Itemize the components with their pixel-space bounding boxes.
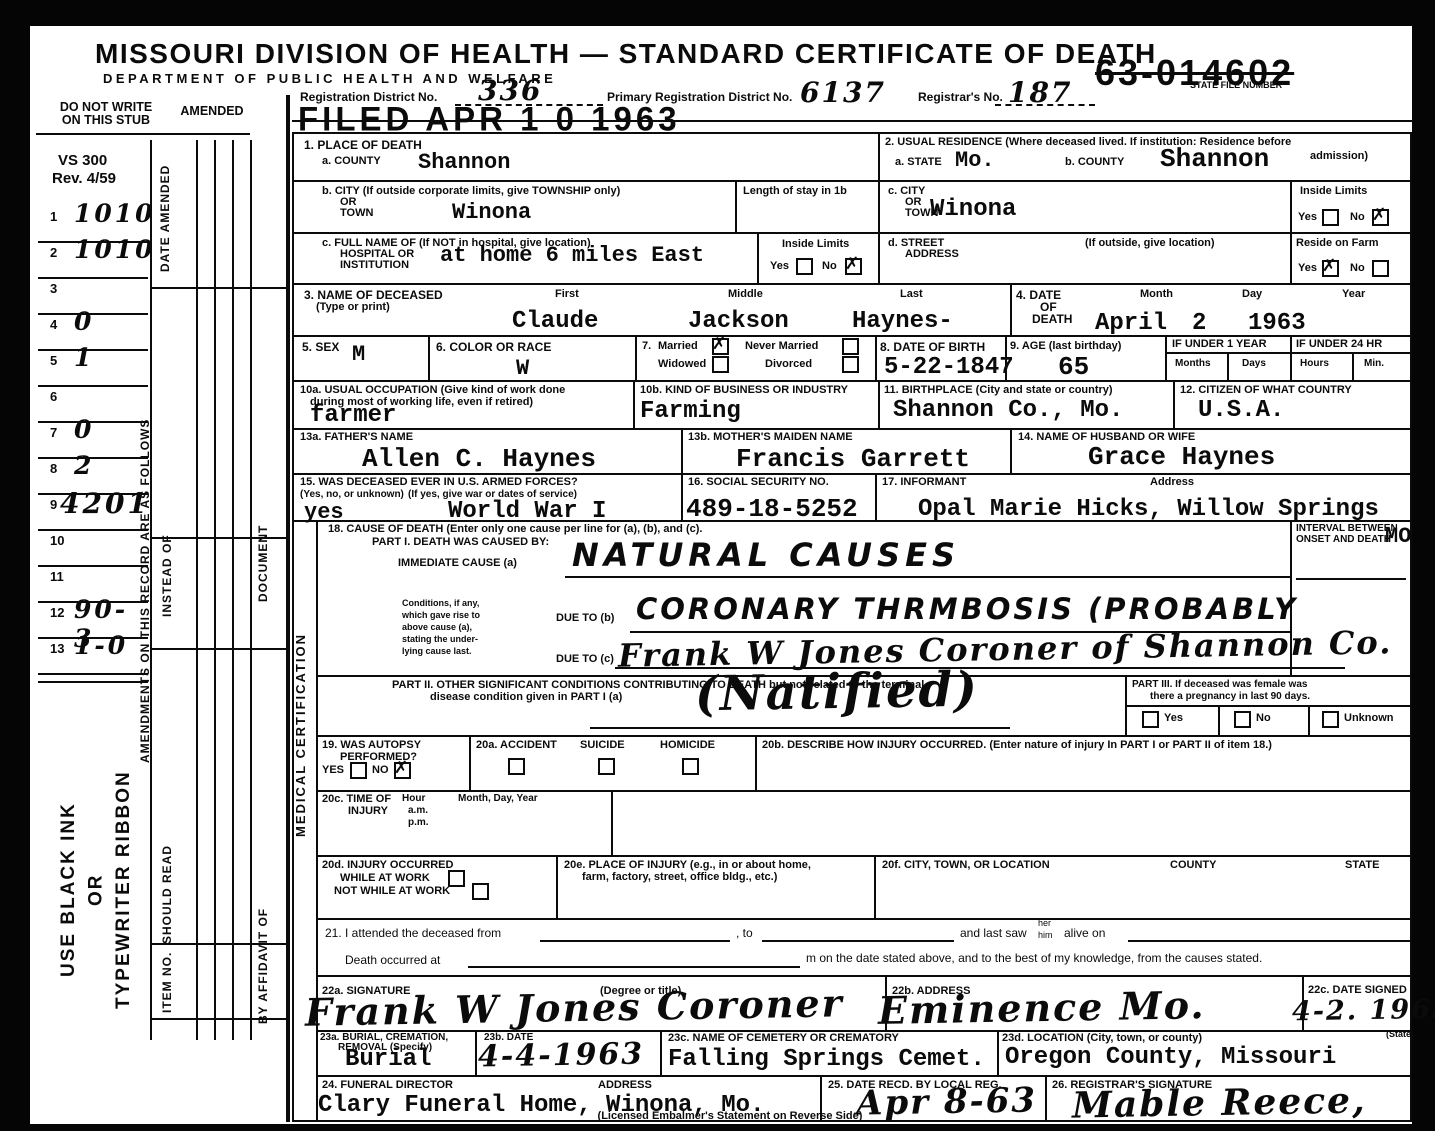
stub-row-num: 8 [50, 461, 57, 476]
s15-value1: yes [304, 500, 344, 525]
s18-part3-label: PART III. If deceased was female was [1132, 679, 1307, 690]
s21-text1: 21. I attended the deceased from [325, 926, 501, 940]
stub-row-value: 1-0 [74, 631, 128, 660]
rule [635, 335, 637, 380]
s21-her: her [1038, 918, 1051, 928]
stub-row: 94201 [38, 493, 148, 531]
s2-farm-label: Reside on Farm [1296, 237, 1379, 249]
stub-row-value: 0 [74, 415, 94, 444]
s2-il-yes-label: Yes [1298, 211, 1317, 223]
s9b-hours-label: Hours [1300, 358, 1329, 369]
s1-title: 1. PLACE OF DEATH [304, 138, 422, 152]
s21-him: him [1038, 930, 1053, 940]
s17-label: 17. INFORMANT [882, 476, 966, 488]
rule [196, 140, 198, 1040]
s3-first-header: First [555, 288, 579, 300]
rule [681, 428, 683, 473]
rule [292, 335, 1412, 337]
stub-row-num: 5 [50, 353, 57, 368]
s3-title: 3. NAME OF DECEASED [304, 288, 443, 302]
s1-no-checkbox: ✗ [845, 258, 862, 275]
checkbox-mark: ✗ [1372, 205, 1386, 225]
rule [469, 735, 471, 790]
rule [1165, 335, 1167, 380]
use-black-ink-note: USE BLACK INK OR TYPEWRITER RIBBON [55, 765, 138, 1015]
s2a-value: Mo. [955, 148, 995, 173]
stub-item-no-label: ITEM NO. [160, 948, 174, 1016]
s18-label: 18. CAUSE OF DEATH (Enter only one cause… [328, 523, 702, 535]
s18-conditions-line5: lying cause last. [402, 646, 472, 656]
s18-interval-label2: ONSET AND DEATH [1296, 534, 1391, 545]
rule [762, 940, 954, 942]
s1-no-label: No [822, 260, 837, 272]
rule [556, 855, 558, 918]
stub-amended-label: AMENDED [172, 104, 252, 118]
s21-text6: m on the date stated above, and to the b… [806, 951, 1262, 965]
rule [660, 1030, 662, 1075]
s2b-label: b. COUNTY [1065, 156, 1124, 168]
s1-inside-limits-label: Inside Limits [782, 238, 849, 250]
rule [292, 232, 878, 234]
s4-year-header: Year [1342, 288, 1365, 300]
s2-farm-yes-checkbox: ✗ [1322, 260, 1339, 277]
stub-row: 131-0 [38, 637, 148, 675]
rule [878, 180, 1412, 182]
checkbox-mark: ✗ [845, 254, 859, 274]
rule [475, 1030, 477, 1075]
s16-value: 489-18-5252 [686, 494, 858, 524]
rule [1296, 578, 1406, 580]
s20e-label2: farm, factory, street, office bldg., etc… [582, 871, 777, 883]
rule [565, 576, 1290, 578]
s19-label: 19. WAS AUTOPSY [322, 739, 421, 751]
s20d-while-checkbox [448, 870, 465, 887]
stub-row-num: 10 [50, 533, 64, 548]
s7-widowed-checkbox [712, 356, 729, 373]
rule [1173, 380, 1175, 428]
rule [995, 104, 1095, 106]
rule [875, 473, 877, 520]
s10a-label: 10a. USUAL OCCUPATION (Give kind of work… [300, 384, 565, 396]
rule [316, 975, 1412, 977]
death-certificate-scan: MISSOURI DIVISION OF HEALTH — STANDARD C… [0, 0, 1435, 1131]
s2-il-yes-checkbox [1322, 209, 1339, 226]
s18-immediate-cause-label: IMMEDIATE CAUSE (a) [398, 557, 517, 569]
s7-divorced-label: Divorced [765, 358, 812, 370]
stub-row-num: 12 [50, 605, 64, 620]
rule [681, 473, 683, 520]
s20f-state-header: STATE [1345, 859, 1379, 871]
rule [757, 232, 759, 283]
rule [316, 918, 1412, 920]
stub-instead-of-label: INSTEAD OF [160, 515, 174, 637]
s3-middle-header: Middle [728, 288, 763, 300]
s1b-label: b. CITY (If outside corporate limits, gi… [322, 185, 620, 197]
stub-row-num: 1 [50, 209, 57, 224]
s3-last-header: Last [900, 288, 923, 300]
s18-part2-value: (Natified) [695, 662, 980, 723]
s18-p3-no-label: No [1256, 712, 1271, 724]
stub-document-label: DOCUMENT [256, 518, 270, 608]
stub-row-value: 2 [74, 451, 94, 480]
s7-never-married-checkbox [842, 338, 859, 355]
s7-married-checkbox: ✗ [712, 338, 729, 355]
s18-part2-label2: disease condition given in PART I (a) [430, 691, 622, 703]
stub-row-num: 3 [50, 281, 57, 296]
s18-cause-a-value: NATURAL CAUSES [572, 536, 960, 574]
s5-label: 5. SEX [302, 340, 339, 354]
s20a-suicide-label: SUICIDE [580, 739, 625, 751]
s20a-suicide-checkbox [598, 758, 615, 775]
s4-month-header: Month [1140, 288, 1173, 300]
stub-row: 10 [38, 529, 148, 567]
s11-label: 11. BIRTHPLACE (City and state or countr… [884, 384, 1113, 396]
rule [316, 855, 1412, 857]
s18-p3-no-checkbox [1234, 711, 1251, 728]
s20f-county-header: COUNTY [1170, 859, 1216, 871]
s18-conditions-line4: stating the under- [402, 634, 478, 644]
rule [1010, 428, 1012, 473]
s2-il-no-checkbox: ✗ [1372, 209, 1389, 226]
rule [1165, 352, 1412, 354]
s18-interval-label1: INTERVAL BETWEEN [1296, 523, 1398, 534]
s20c-hour-label: Hour [402, 793, 425, 804]
s1c-label3: INSTITUTION [340, 259, 409, 271]
page-title: MISSOURI DIVISION OF HEALTH — STANDARD C… [95, 38, 995, 70]
s1c-value: at home 6 miles East [440, 243, 704, 268]
s19-no-checkbox: ✗ [394, 762, 411, 779]
s20d-not-while-label: NOT WHILE AT WORK [334, 885, 450, 897]
s24-address-label: ADDRESS [598, 1079, 652, 1091]
rule [428, 335, 430, 380]
rule [1010, 283, 1012, 335]
s15-value2: World War I [448, 498, 606, 525]
s20f-label: 20f. CITY, TOWN, OR LOCATION [882, 859, 1050, 871]
s14-value: Grace Haynes [1088, 442, 1275, 472]
s2c-value: Winona [930, 196, 1016, 223]
s2-title2: admission) [1310, 150, 1368, 162]
s20a-accident-checkbox [508, 758, 525, 775]
rule [286, 95, 290, 1122]
s18-conditions-line2: which gave rise to [402, 610, 480, 620]
s18-interval-value: MO [1385, 524, 1411, 549]
s13a-label: 13a. FATHER'S NAME [300, 431, 413, 443]
stub-form-rev: Rev. 4/59 [52, 170, 116, 187]
s8-label: 8. DATE OF BIRTH [880, 340, 985, 354]
stub-row-value: 0 [74, 307, 94, 336]
checkbox-mark: ✗ [1322, 256, 1336, 276]
rule [540, 940, 730, 942]
s5-value: M [352, 342, 365, 367]
registrar-no-label: Registrar's No. [918, 90, 1003, 104]
s2-farm-no-label: No [1350, 262, 1365, 274]
s9b-min-label: Min. [1364, 358, 1384, 369]
s20a-accident-label: 20a. ACCIDENT [476, 739, 557, 751]
s3-last-value: Haynes- [852, 308, 953, 335]
s13b-label: 13b. MOTHER'S MAIDEN NAME [688, 431, 853, 443]
s1b-value: Winona [452, 200, 531, 225]
s20c-pm-label: p.m. [408, 817, 429, 828]
rule [232, 140, 234, 1040]
rule [292, 120, 1412, 122]
rule [292, 180, 878, 182]
s9b-under24-label: IF UNDER 24 HR [1296, 338, 1382, 350]
rule [292, 428, 1412, 430]
s18-p3-unknown-label: Unknown [1344, 712, 1394, 724]
s13a-value: Allen C. Haynes [362, 444, 596, 474]
s6-label: 6. COLOR OR RACE [436, 340, 551, 354]
stub-should-read-label: SHOULD READ [160, 833, 174, 955]
rule [878, 232, 1412, 234]
s1b-town: TOWN [340, 207, 373, 219]
s18-due-b-label: DUE TO (b) [556, 612, 614, 624]
use-black-ink-line3: TYPEWRITER RIBBON [110, 765, 138, 1015]
s18-cause-b-value: CORONARY THRMBOSIS (PROBABLY [636, 592, 1298, 626]
s7-married-label: Married [658, 340, 698, 352]
s4-day-value: 2 [1192, 310, 1206, 337]
primary-reg-value: 6137 [800, 76, 886, 109]
state-file-number-label: STATE FILE NUMBER [1190, 80, 1282, 90]
rule [316, 1075, 1412, 1077]
rule [878, 132, 880, 283]
s18-conditions-line3: above cause (a), [402, 622, 472, 632]
s3-sub: (Type or print) [316, 301, 390, 313]
rule [316, 735, 1412, 737]
s20d-while-label: WHILE AT WORK [340, 872, 430, 884]
rule [316, 790, 1412, 792]
rule [755, 735, 757, 790]
s21-text5: Death occurred at [345, 953, 440, 967]
rule [735, 180, 737, 232]
s7-divorced-checkbox [842, 356, 859, 373]
s7-never-married-label: Never Married [745, 340, 818, 352]
rule [878, 380, 880, 428]
s21-text2: , to [736, 926, 753, 940]
s15-label: 15. WAS DECEASED EVER IN U.S. ARMED FORC… [300, 476, 578, 488]
stub-amendments-label: AMENDMENTS ON THIS RECORD ARE AS FOLLOWS [138, 388, 152, 793]
s1a-label: a. COUNTY [322, 155, 381, 167]
s7-widowed-label: Widowed [658, 358, 706, 370]
s23c-label: 23c. NAME OF CEMETERY OR CREMATORY [668, 1032, 899, 1044]
s20d-not-while-checkbox [472, 883, 489, 900]
rule [1290, 180, 1292, 283]
s4-year-value: 1963 [1248, 310, 1306, 337]
rule [1410, 132, 1412, 1122]
s19-yes-checkbox [350, 762, 367, 779]
s10b-value: Farming [640, 398, 741, 425]
s2-il-no-label: No [1350, 211, 1365, 223]
s7-number: 7. [642, 340, 651, 352]
rule [292, 380, 1412, 382]
s18-conditions-line1: Conditions, if any, [402, 598, 479, 608]
s20b-label: 20b. DESCRIBE HOW INJURY OCCURRED. (Ente… [762, 739, 1272, 751]
s18-due-c-label: DUE TO (c) [556, 653, 614, 665]
rule [36, 133, 250, 135]
checkbox-mark: ✗ [394, 758, 408, 778]
rule [1308, 705, 1310, 735]
s23d-label: 23d. LOCATION (City, town, or county) [1002, 1032, 1202, 1044]
s21-text4: alive on [1064, 926, 1105, 940]
s19-no-label: NO [372, 764, 389, 776]
rule [1218, 705, 1220, 735]
rule [874, 855, 876, 918]
rule [250, 140, 252, 1040]
use-black-ink-line2: OR [83, 765, 111, 1015]
stub-row-value: 1010 [74, 199, 156, 228]
stub-by-affidavit-label: BY AFFIDAVIT OF [256, 898, 270, 1033]
s15-label2: (Yes, no, or unknown) [300, 489, 404, 500]
stub-row-num: 6 [50, 389, 57, 404]
s2-farm-yes-label: Yes [1298, 262, 1317, 274]
stub-row-num: 4 [50, 317, 57, 332]
s20d-label: 20d. INJURY OCCURRED [322, 859, 453, 871]
rule [1227, 352, 1229, 380]
s23b-value: 4-4-1963 [478, 1037, 645, 1075]
stub-row-value: 1 [74, 343, 94, 372]
s23c-value: Falling Springs Cemet. [668, 1046, 985, 1073]
s24-label: 24. FUNERAL DIRECTOR [322, 1079, 453, 1091]
s18-p3-yes-checkbox [1142, 711, 1159, 728]
s2-inside-limits-label: Inside Limits [1300, 185, 1367, 197]
s23d-value: Oregon County, Missouri [1005, 1044, 1336, 1071]
rule [468, 966, 800, 968]
s2b-value: Shannon [1160, 144, 1269, 174]
rule [214, 140, 216, 1040]
s22c-date-value: 4-2. 1963 [1292, 994, 1435, 1028]
s12-value: U.S.A. [1198, 397, 1284, 424]
stub-form-no: VS 300 [58, 152, 107, 169]
s2a-label: a. STATE [895, 156, 942, 168]
s20e-label: 20e. PLACE OF INJURY (e.g., in or about … [564, 859, 811, 871]
s9-value: 65 [1058, 352, 1089, 382]
s1-yes-label: Yes [770, 260, 789, 272]
s22a-signature-value: Frank W Jones Coroner [305, 980, 844, 1034]
stub-row-value: 1010 [74, 235, 156, 264]
rule [1290, 335, 1292, 380]
rule [292, 283, 1412, 285]
rule [875, 335, 877, 380]
stub-row-num: 2 [50, 245, 57, 260]
rule [997, 1030, 999, 1075]
s4-day-header: Day [1242, 288, 1262, 300]
s11-value: Shannon Co., Mo. [893, 397, 1123, 424]
s10a-value: farmer [310, 402, 396, 429]
stub-row-num: 13 [50, 641, 64, 656]
rule [1125, 705, 1412, 707]
stub-row-num: 9 [50, 497, 57, 512]
s20c-label: 20c. TIME OF [322, 793, 391, 805]
stub-do-not-write-1: DO NOT WRITE [50, 100, 162, 114]
s1a-value: Shannon [418, 150, 510, 175]
rule [150, 648, 287, 650]
stub-row: 51 [38, 349, 148, 387]
s22b-address-value: Eminence Mo. [878, 982, 1206, 1033]
s1-yes-checkbox [796, 258, 813, 275]
s1-stay-label: Length of stay in 1b [743, 185, 847, 197]
s12-label: 12. CITIZEN OF WHAT COUNTRY [1180, 384, 1352, 396]
stub-date-amended-label: DATE AMENDED [158, 148, 172, 288]
stub-do-not-write-2: ON THIS STUB [50, 113, 162, 127]
rule [38, 681, 148, 683]
rule [633, 380, 635, 428]
s6-value: W [516, 356, 529, 381]
s2d-note: (If outside, give location) [1085, 237, 1215, 249]
rule [611, 790, 613, 855]
rule [590, 727, 1010, 729]
s4-month-value: April [1095, 310, 1167, 337]
s18-p3-yes-label: Yes [1164, 712, 1183, 724]
s20c-mdy-label: Month, Day, Year [458, 793, 538, 804]
rule [1352, 352, 1354, 380]
s19-yes-label: YES [322, 764, 344, 776]
s18-part3-label2: there a pregnancy in last 90 days. [1150, 691, 1310, 702]
s8-value: 5-22-1847 [884, 354, 1014, 381]
s20a-homicide-checkbox [682, 758, 699, 775]
use-black-ink-line1: USE BLACK INK [55, 765, 83, 1015]
s4-label3: DEATH [1032, 312, 1072, 326]
embalmer-note: (Licensed Embalmer's Statement on Revers… [520, 1110, 940, 1122]
s9b-months-label: Months [1175, 358, 1211, 369]
s10b-label: 10b. KIND OF BUSINESS OR INDUSTRY [640, 384, 848, 396]
s9b-days-label: Days [1242, 358, 1266, 369]
rule [1128, 940, 1410, 942]
s26-registrar-signature: Mable Reece, [1072, 1079, 1367, 1126]
rule [292, 132, 1412, 134]
s9b-under1-label: IF UNDER 1 YEAR [1172, 338, 1267, 350]
s23d-state-note: (State) [1386, 1029, 1414, 1039]
medical-certification-label: MEDICAL CERTIFICATION [293, 555, 308, 915]
s18-part1-label: PART I. DEATH WAS CAUSED BY: [372, 536, 549, 548]
s17-value: Opal Marie Hicks, Willow Springs [918, 496, 1379, 523]
rule [1045, 1075, 1047, 1120]
s23a-value: Burial [345, 1046, 431, 1073]
stub-row-num: 7 [50, 425, 57, 440]
s3-middle-value: Jackson [688, 308, 789, 335]
s18-p3-unknown-checkbox [1322, 711, 1339, 728]
s17-address-label: Address [1150, 476, 1194, 488]
s20c-am-label: a.m. [408, 805, 428, 816]
s21-text3: and last saw [960, 926, 1027, 940]
stub-row-value: 4201 [60, 487, 150, 520]
s2-farm-no-checkbox [1372, 260, 1389, 277]
s2d-label2: ADDRESS [905, 248, 959, 260]
s13b-value: Francis Garrett [736, 444, 970, 474]
s3-first-value: Claude [512, 308, 598, 335]
checkbox-mark: ✗ [712, 334, 726, 354]
s20c-label2: INJURY [348, 805, 388, 817]
stub-row: 21010 [38, 241, 148, 279]
s20a-homicide-label: HOMICIDE [660, 739, 715, 751]
s9-label: 9. AGE (last birthday) [1010, 340, 1121, 352]
s16-label: 16. SOCIAL SECURITY NO. [688, 476, 829, 488]
stub-row-num: 11 [50, 569, 64, 584]
